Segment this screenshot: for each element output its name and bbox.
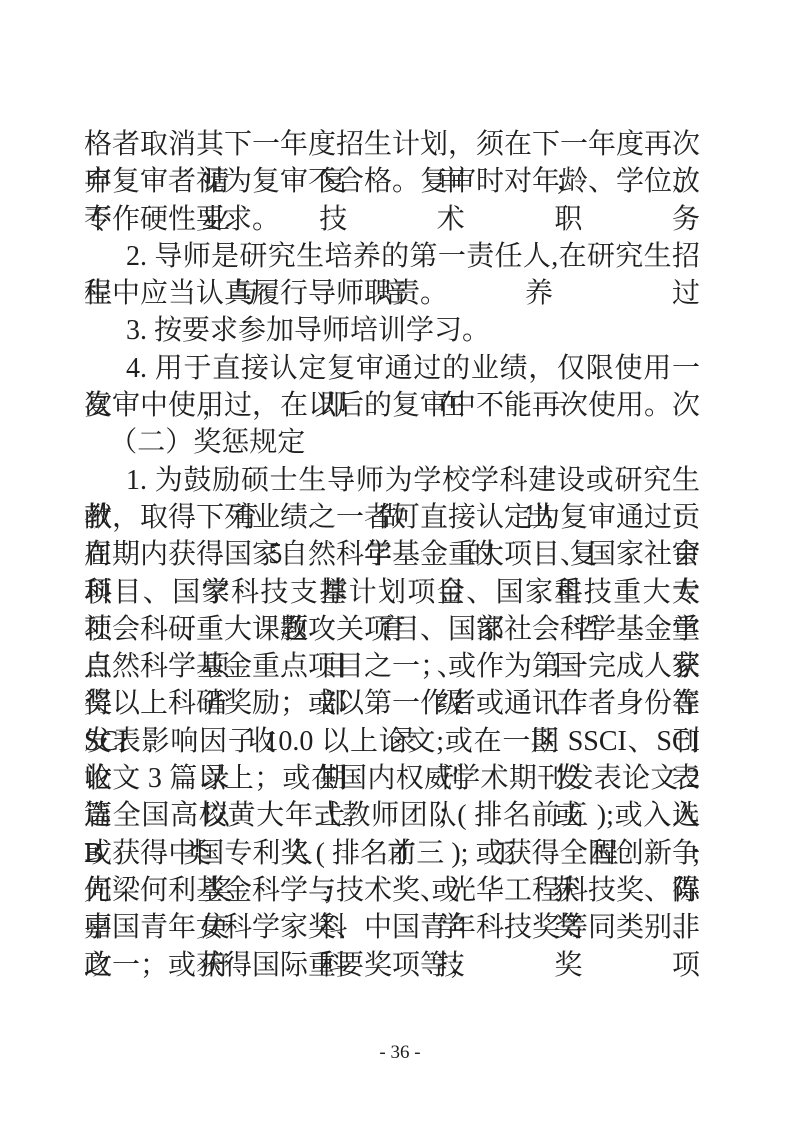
text-line: 选全国高校黄大年式教师团队( 排名前五 );或入选 B 类人才工程; [84,797,700,834]
text-line: 格者取消其下一年度招生计划，须在下一年度再次申请复审；放 [84,126,700,163]
text-line: 论文 3 篇以上；或在国内权威学术期刊发表论文 2 篇以上；或入 [84,760,700,797]
text-line: （二）奖惩规定 [84,424,700,461]
text-line: 项目、国家科技支撑计划项目、国家科技重大专项、教育部哲学 [84,574,700,611]
text-line: 社会科研重大课题攻关项目、国家社会科学基金重点项目、国家 [84,611,700,648]
text-line: 中国青年女科学家奖、中国青年科技奖等同类别非政府科技奖项 [84,909,700,946]
text-line: 何梁何利基金科学与技术奖、光华工程科技奖、陈嘉庚科学奖、 [84,872,700,909]
text-line: 发表影响因子 10.0 以上论文;或在一区 SSCI、SCI 收录期刊发表 [84,723,700,760]
text-line: 弃复审者视为复审不合格。复审时对年龄、学位、专业技术职务 [84,163,700,200]
text-line: 或获得中国专利奖 ( 排名前三 ); 或获得全国创新争先奖; 或获得 [84,835,700,872]
text-line: 自然科学基金重点项目之一；或作为第一完成人获得省部级二等 [84,648,700,685]
text-line: 周期内获得国家自然科学基金重大项目、国家社会科学基金重大 [84,536,700,573]
text-line: 献，取得下列业绩之一者可直接认定为复审通过：在 5 年的复审 [84,499,700,536]
text-line: 奖以上科研奖励；或以第一作者或通讯作者身份在 SCI 收录期刊 [84,685,700,722]
text-line: 2. 导师是研究生培养的第一责任人,在研究生招生与培养过 [84,238,700,275]
text-line: 4. 用于直接认定复审通过的业绩，仅限使用一次，即在一次 [84,350,700,387]
text-line: 复审中使用过，在以后的复审中不能再次使用。 [84,387,700,424]
text-line: 1. 为鼓励硕士生导师为学校学科建设或研究生教育做出贡 [84,462,700,499]
document-body: 格者取消其下一年度招生计划，须在下一年度再次申请复审；放弃复审者视为复审不合格。… [84,126,700,984]
page-number: - 36 - [0,1042,800,1064]
document-page: 格者取消其下一年度招生计划，须在下一年度再次申请复审；放弃复审者视为复审不合格。… [0,0,800,1131]
text-line: 3. 按要求参加导师培训学习。 [84,312,700,349]
